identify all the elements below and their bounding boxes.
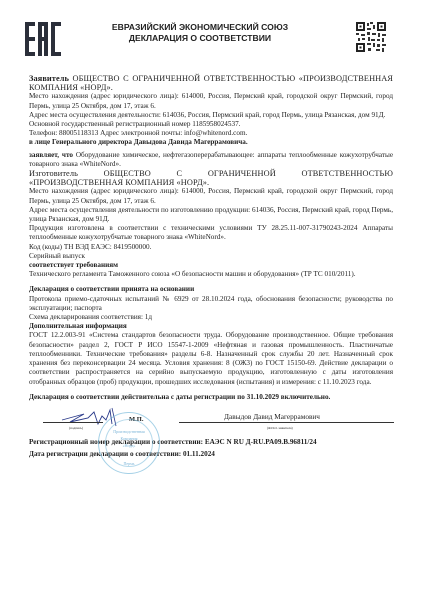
additional-info-label: Дополнительная информация [29, 322, 393, 331]
title-line-1: ЕВРАЗИЙСКИЙ ЭКОНОМИЧЕСКИЙ СОЮЗ [100, 22, 300, 33]
signature-caption: (подпись) [69, 424, 83, 433]
registration-number: Регистрационный номер декларации о соотв… [29, 438, 393, 447]
title-line-2: ДЕКЛАРАЦИЯ О СООТВЕТСТВИИ [100, 33, 300, 44]
stamp-line-4: Пермь [99, 461, 159, 466]
basis-label: Декларация о соответствии принята на осн… [29, 285, 393, 294]
tech-conditions: Продукция изготовлена в соответствии с т… [29, 224, 393, 242]
applicant-represented-by: в лице Генерального директора Давыдова Д… [29, 138, 393, 147]
basis-text: Протокола приемо-сдаточных испытаний № 6… [29, 295, 393, 313]
eac-letter-a [38, 22, 48, 56]
company-seal-icon: Производственная Компания «Норд» Пермь [98, 412, 160, 474]
declared-product: заявляет, что Оборудование химическое, н… [29, 151, 393, 169]
applicant-activity-address: Адрес места осуществления деятельности: … [29, 111, 393, 120]
applicant-label: Заявитель [29, 74, 69, 83]
signer-caption: (Ф.И.О. заявителя) [267, 424, 293, 433]
eac-letter-c [51, 22, 61, 56]
manufacturer: Изготовитель ОБЩЕСТВО С ОГРАНИЧЕННОЙ ОТВ… [29, 169, 393, 187]
stamp-line-2: Компания [99, 436, 159, 441]
batch-type: Серийный выпуск [29, 252, 393, 261]
qr-code-icon [356, 22, 386, 52]
hs-code: Код (коды) ТН ВЭД ЕАЭС: 8419500000. [29, 243, 393, 252]
applicant-name-value: ОБЩЕСТВО С ОГРАНИЧЕННОЙ ОТВЕТСТВЕННОСТЬЮ… [29, 74, 393, 92]
manufacturer-legal-address: Место нахождения (адрес юридического лиц… [29, 187, 393, 205]
additional-info-text: ГОСТ 12.2.003-91 «Система стандартов без… [29, 331, 393, 386]
manufacturer-production-address: Адрес места осуществления деятельности п… [29, 206, 393, 224]
registration-date: Дата регистрации декларации о соответств… [29, 450, 393, 459]
applicant-ogrn: Основной государственный регистрационный… [29, 120, 393, 129]
signer-name-line [179, 422, 394, 423]
eac-letter-e [25, 22, 35, 56]
eac-logo-icon [25, 22, 65, 56]
declares-label: заявляет, что [29, 151, 73, 159]
applicant-contacts: Телефон: 88005118313 Адрес электронной п… [29, 129, 393, 138]
signature-block: (подпись) М.П. Давыдов Давид Магеррамови… [29, 406, 393, 436]
signer-name: Давыдов Давид Магеррамович [224, 412, 320, 421]
declaration-scheme: Схема декларирования соответствия: 1д [29, 313, 393, 322]
applicant-legal-address: Место нахождения (адрес юридического лиц… [29, 92, 393, 110]
document-title: ЕВРАЗИЙСКИЙ ЭКОНОМИЧЕСКИЙ СОЮЗ ДЕКЛАРАЦИ… [100, 22, 300, 44]
stamp-line-3: «Норд» [99, 443, 159, 448]
conforms-label: соответствует требованиям [29, 261, 393, 270]
validity-period: Декларация о соответствии действительна … [29, 393, 393, 402]
applicant-name: Заявитель ОБЩЕСТВО С ОГРАНИЧЕННОЙ ОТВЕТС… [29, 74, 393, 92]
declaration-document: ЕВРАЗИЙСКИЙ ЭКОНОМИЧЕСКИЙ СОЮЗ ДЕКЛАРАЦИ… [0, 0, 424, 600]
regulation: Технического регламента Таможенного союз… [29, 270, 393, 279]
signature-line [43, 422, 103, 423]
declared-product-value: Оборудование химическое, нефтегазоперера… [29, 151, 393, 168]
document-body: Заявитель ОБЩЕСТВО С ОГРАНИЧЕННОЙ ОТВЕТС… [29, 74, 393, 459]
stamp-line-1: Производственная [99, 429, 159, 434]
